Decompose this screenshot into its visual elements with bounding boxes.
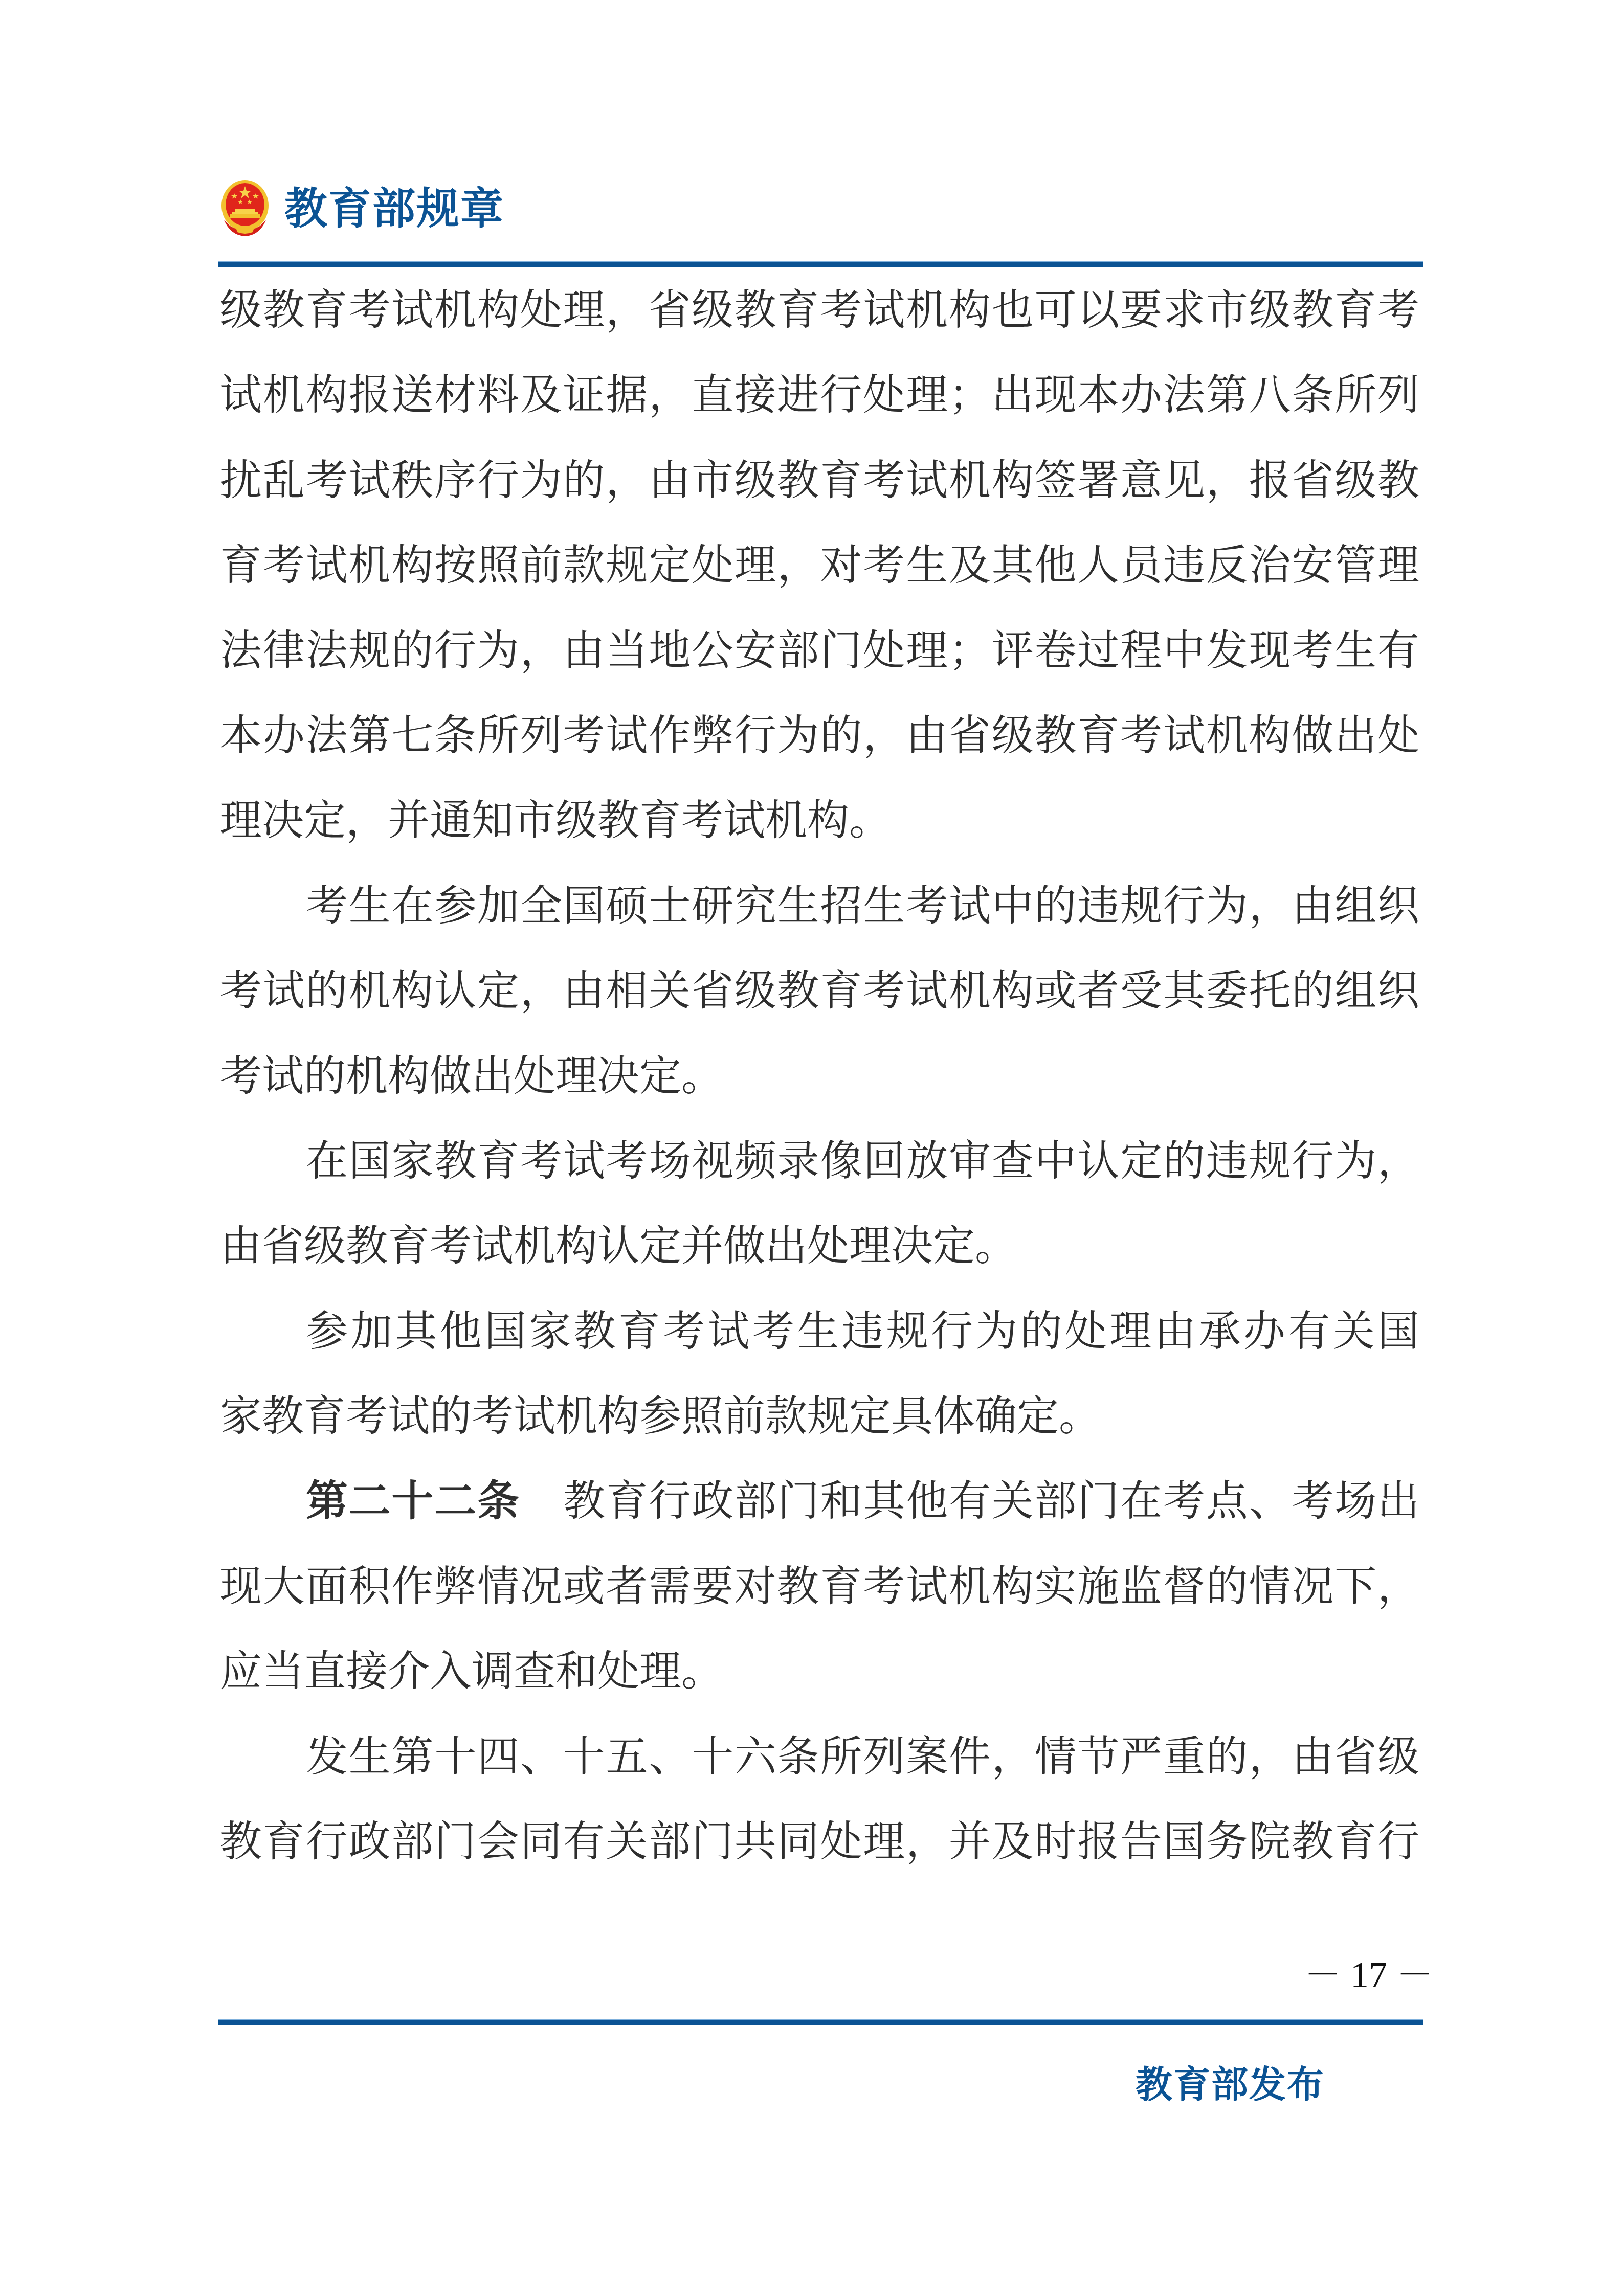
text-line: 理决定，并通知市级教育考试机构。 (220, 778, 1419, 863)
paragraph: 级教育考试机构处理，省级教育考试机构也可以要求市级教育考 试机构报送材料及证据，… (220, 268, 1419, 864)
text-line: 育考试机构按照前款规定处理，对考生及其他人员违反治安管理 (220, 523, 1419, 608)
header-title: 教育部规章 (284, 183, 504, 234)
article-number: 第二十二条 (306, 1477, 520, 1525)
text-line: 考生在参加全国硕士研究生招生考试中的违规行为，由组织 (220, 864, 1419, 949)
text-line: 参加其他国家教育考试考生违规行为的处理由承办有关国 (220, 1289, 1419, 1374)
national-emblem-icon (220, 179, 270, 238)
footer-divider (218, 2020, 1423, 2025)
text-line: 教育行政部门会同有关部门共同处理，并及时报告国务院教育行 (220, 1799, 1419, 1884)
paragraph: 考生在参加全国硕士研究生招生考试中的违规行为，由组织 考试的机构认定，由相关省级… (220, 864, 1419, 1119)
page-header: 教育部规章 (220, 176, 504, 240)
text-line: 本办法第七条所列考试作弊行为的，由省级教育考试机构做出处 (220, 693, 1419, 778)
text-line: 家教育考试的考试机构参照前款规定具体确定。 (220, 1374, 1419, 1459)
text-line: 考试的机构做出处理决定。 (220, 1034, 1419, 1119)
text-line: 试机构报送材料及证据，直接进行处理；出现本办法第八条所列 (220, 353, 1419, 438)
paragraph: 发生第十四、十五、十六条所列案件，情节严重的，由省级 教育行政部门会同有关部门共… (220, 1715, 1419, 1885)
text-line: 发生第十四、十五、十六条所列案件，情节严重的，由省级 (220, 1715, 1419, 1799)
text-line: 由省级教育考试机构认定并做出处理决定。 (220, 1204, 1419, 1289)
text-line: 在国家教育考试考场视频录像回放审查中认定的违规行为， (220, 1119, 1419, 1204)
document-body: 级教育考试机构处理，省级教育考试机构也可以要求市级教育考 试机构报送材料及证据，… (220, 268, 1419, 1884)
article-text: 教育行政部门和其他有关部门在考点、考场出 (563, 1477, 1419, 1525)
text-line: 考试的机构认定，由相关省级教育考试机构或者受其委托的组织 (220, 949, 1419, 1033)
paragraph: 在国家教育考试考场视频录像回放审查中认定的违规行为， 由省级教育考试机构认定并做… (220, 1119, 1419, 1289)
text-line: 扰乱考试秩序行为的，由市级教育考试机构签署意见，报省级教 (220, 438, 1419, 523)
text-line: 应当直接介入调查和处理。 (220, 1629, 1419, 1714)
page-number: － 17 － (1304, 1949, 1423, 2000)
footer-publisher: 教育部发布 (1136, 2060, 1325, 2109)
article-paragraph: 第二十二条教育行政部门和其他有关部门在考点、考场出 现大面积作弊情况或者需要对教… (220, 1459, 1419, 1714)
text-line: 级教育考试机构处理，省级教育考试机构也可以要求市级教育考 (220, 268, 1419, 353)
text-line: 法律法规的行为，由当地公安部门处理；评卷过程中发现考生有 (220, 609, 1419, 693)
text-line: 现大面积作弊情况或者需要对教育考试机构实施监督的情况下， (220, 1544, 1419, 1629)
paragraph: 参加其他国家教育考试考生违规行为的处理由承办有关国 家教育考试的考试机构参照前款… (220, 1289, 1419, 1459)
header-divider (218, 262, 1423, 267)
text-line: 第二十二条教育行政部门和其他有关部门在考点、考场出 (220, 1459, 1419, 1544)
